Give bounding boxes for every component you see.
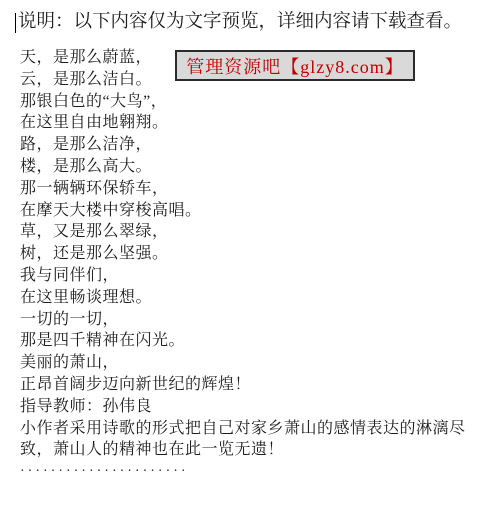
text-line: 我与同伴们，	[20, 265, 490, 287]
text-line: 楼，是那么高大。	[20, 156, 490, 178]
text-line: 小作者采用诗歌的形式把自己对家乡萧山的感情表达的淋漓尽	[20, 418, 490, 440]
text-line: 路，是那么洁净，	[20, 134, 490, 156]
document-body: 天，是那么蔚蓝， 云，是那么洁白。 那银白色的“大鸟”， 在这里自由地翱翔。 路…	[20, 47, 490, 483]
text-cursor	[15, 13, 16, 33]
text-line: 在这里自由地翱翔。	[20, 112, 490, 134]
text-line: 那银白色的“大鸟”，	[20, 91, 490, 113]
text-line: 正昂首阔步迈向新世纪的辉煌！	[20, 374, 490, 396]
text-line: 在摩天大楼中穿梭高唱。	[20, 200, 490, 222]
text-line: 草，又是那么翠绿，	[20, 221, 490, 243]
text-line: 美丽的萧山，	[20, 352, 490, 374]
text-line: 云，是那么洁白。	[20, 69, 490, 91]
text-line: 致，萧山人的精神也在此一览无遗！	[20, 439, 490, 461]
ellipsis-line: ······················	[20, 461, 490, 483]
text-line: 那是四千精神在闪光。	[20, 330, 490, 352]
preview-notice: 说明：以下内容仅为文字预览，详细内容请下载查看。	[18, 10, 462, 34]
document-preview-page: 说明：以下内容仅为文字预览，详细内容请下载查看。 管理资源吧【glzy8.com…	[0, 0, 500, 519]
text-line: 树，还是那么坚强。	[20, 243, 490, 265]
text-line: 指导教师：孙伟良	[20, 396, 490, 418]
text-line: 一切的一切，	[20, 309, 490, 331]
text-line: 那一辆辆环保轿车，	[20, 178, 490, 200]
text-line: 在这里畅谈理想。	[20, 287, 490, 309]
text-line: 天，是那么蔚蓝，	[20, 47, 490, 69]
